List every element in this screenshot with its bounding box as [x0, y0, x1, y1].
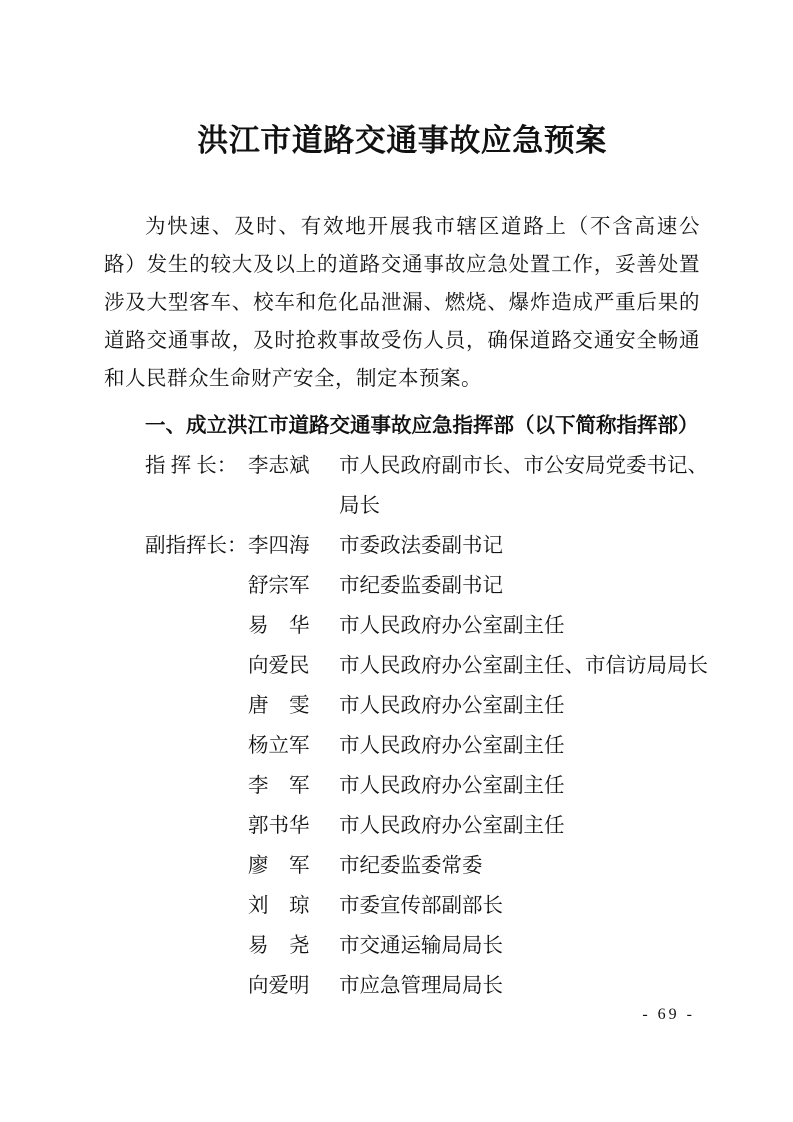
roster-row-deputy: 易 华 市人民政府办公室副主任: [104, 606, 700, 646]
page-content: 洪江市道路交通事故应急预案 为快速、及时、有效地开展我市辖区道路上（不含高速公路…: [104, 0, 700, 1006]
person-position: 市人民政府办公室副主任: [339, 766, 713, 806]
role-label-deputy: 副指挥长：: [145, 526, 248, 566]
role-label-commander: 指 挥 长：: [145, 446, 248, 486]
section-heading: 一、成立洪江市道路交通事故应急指挥部（以下简称指挥部）: [104, 406, 700, 446]
document-page: 洪江市道路交通事故应急预案 为快速、及时、有效地开展我市辖区道路上（不含高速公路…: [0, 0, 793, 1122]
roster-row-deputy: 唐 雯 市人民政府办公室副主任: [104, 686, 700, 726]
page-number: - 69 -: [642, 1003, 695, 1027]
person-name: 李四海: [248, 526, 339, 566]
person-position: 市纪委监委常委: [339, 846, 713, 886]
person-name: 李 军: [248, 766, 339, 806]
roster-row-deputy: 易 尧 市交通运输局局长: [104, 926, 700, 966]
person-name: 廖 军: [248, 846, 339, 886]
roster-row-deputy: 刘 琼 市委宣传部副部长: [104, 886, 700, 926]
person-position: 市应急管理局局长: [339, 966, 713, 1006]
person-position: 市交通运输局局长: [339, 926, 713, 966]
person-position: 市委宣传部副部长: [339, 886, 713, 926]
document-title: 洪江市道路交通事故应急预案: [104, 118, 700, 164]
person-name: 向爱明: [248, 966, 339, 1006]
roster-row-deputy: 舒宗军 市纪委监委副书记: [104, 566, 700, 606]
roster-row-deputy: 向爱明 市应急管理局局长: [104, 966, 700, 1006]
person-position: 市委政法委副书记: [339, 526, 713, 566]
roster-row-deputy: 郭书华 市人民政府办公室副主任: [104, 806, 700, 846]
person-position: 市人民政府办公室副主任: [339, 806, 713, 846]
person-name: 舒宗军: [248, 566, 339, 606]
person-position: 市人民政府办公室副主任: [339, 686, 713, 726]
roster-row-deputy: 廖 军 市纪委监委常委: [104, 846, 700, 886]
person-name: 刘 琼: [248, 886, 339, 926]
person-position: 市纪委监委副书记: [339, 566, 713, 606]
person-name: 郭书华: [248, 806, 339, 846]
person-name: 杨立军: [248, 726, 339, 766]
person-name: 李志斌: [248, 446, 339, 486]
command-roster: 指 挥 长： 李志斌 市人民政府副市长、市公安局党委书记、局长 副指挥长： 李四…: [104, 446, 700, 1006]
person-position: 市人民政府办公室副主任: [339, 606, 713, 646]
person-position: 市人民政府办公室副主任: [339, 726, 713, 766]
intro-paragraph: 为快速、及时、有效地开展我市辖区道路上（不含高速公路）发生的较大及以上的道路交通…: [104, 208, 700, 398]
person-position: 市人民政府办公室副主任、市信访局局长: [339, 646, 713, 686]
roster-row-deputy: 李 军 市人民政府办公室副主任: [104, 766, 700, 806]
roster-row-commander: 指 挥 长： 李志斌 市人民政府副市长、市公安局党委书记、局长: [104, 446, 700, 526]
person-name: 向爱民: [248, 646, 339, 686]
roster-row-deputy: 向爱民 市人民政府办公室副主任、市信访局局长: [104, 646, 700, 686]
person-name: 易 华: [248, 606, 339, 646]
roster-row-deputy: 副指挥长： 李四海 市委政法委副书记: [104, 526, 700, 566]
roster-row-deputy: 杨立军 市人民政府办公室副主任: [104, 726, 700, 766]
person-position: 市人民政府副市长、市公安局党委书记、局长: [339, 446, 713, 526]
person-name: 易 尧: [248, 926, 339, 966]
person-name: 唐 雯: [248, 686, 339, 726]
